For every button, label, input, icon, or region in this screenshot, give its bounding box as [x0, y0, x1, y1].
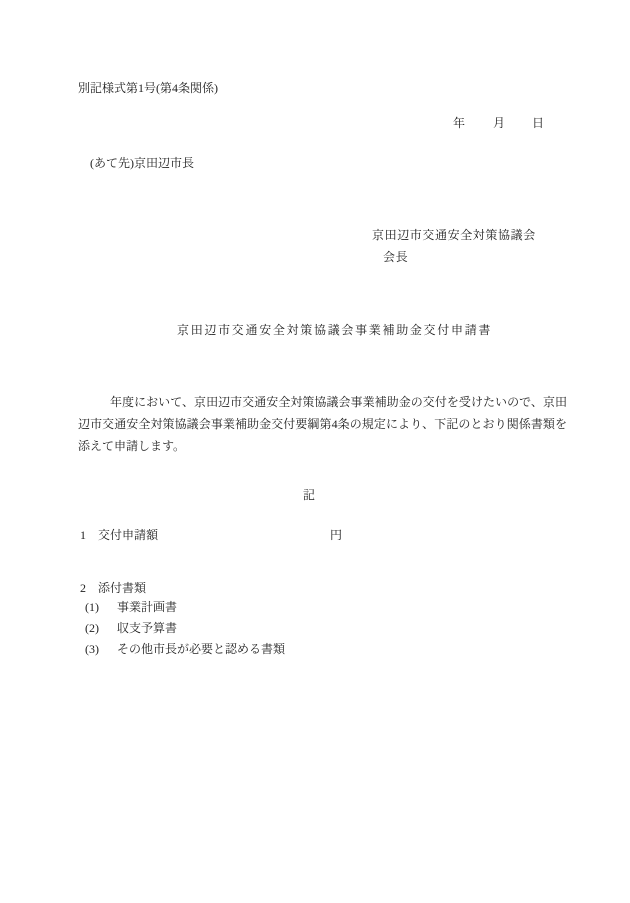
sub-item-business-plan: (1)事業計画書 [85, 601, 177, 613]
body-paragraph: 年度において、京田辺市交通安全対策協議会事業補助金の交付を受けたいので、京田辺市… [78, 391, 567, 457]
sub-item-1-label: 事業計画書 [117, 600, 177, 614]
item-2-label: 添付書類 [98, 581, 146, 595]
sub-item-2-label: 収支予算書 [117, 621, 177, 635]
sub-item-2-number: (2) [85, 622, 117, 634]
sub-item-other-documents: (3)その他市長が必要と認める書類 [85, 643, 285, 655]
document-page: 別記様式第1号(第4条関係) 年 月 日 (あて先)京田辺市長 京田辺市交通安全… [0, 0, 630, 903]
item-application-amount: 1交付申請額 [80, 529, 158, 541]
sub-item-1-number: (1) [85, 601, 117, 613]
item-2-number: 2 [80, 582, 98, 594]
applicant-organization: 京田辺市交通安全対策協議会 [372, 229, 536, 241]
item-1-unit-yen: 円 [330, 529, 342, 541]
form-number: 別記様式第1号(第4条関係) [78, 82, 218, 94]
document-title: 京田辺市交通安全対策協議会事業補助金交付申請書 [177, 324, 492, 336]
addressee-line: (あて先)京田辺市長 [90, 157, 194, 169]
date-year-label: 年 [453, 117, 465, 129]
date-day-label: 日 [532, 117, 544, 129]
applicant-role-label: 会長 [383, 251, 408, 263]
sub-item-3-number: (3) [85, 643, 117, 655]
item-1-number: 1 [80, 529, 98, 541]
sub-item-budget: (2)収支予算書 [85, 622, 177, 634]
record-marker: 記 [303, 489, 315, 501]
date-month-label: 月 [493, 117, 505, 129]
item-1-label: 交付申請額 [98, 528, 158, 542]
item-attached-documents: 2添付書類 [80, 582, 146, 594]
sub-item-3-label: その他市長が必要と認める書類 [117, 642, 285, 656]
